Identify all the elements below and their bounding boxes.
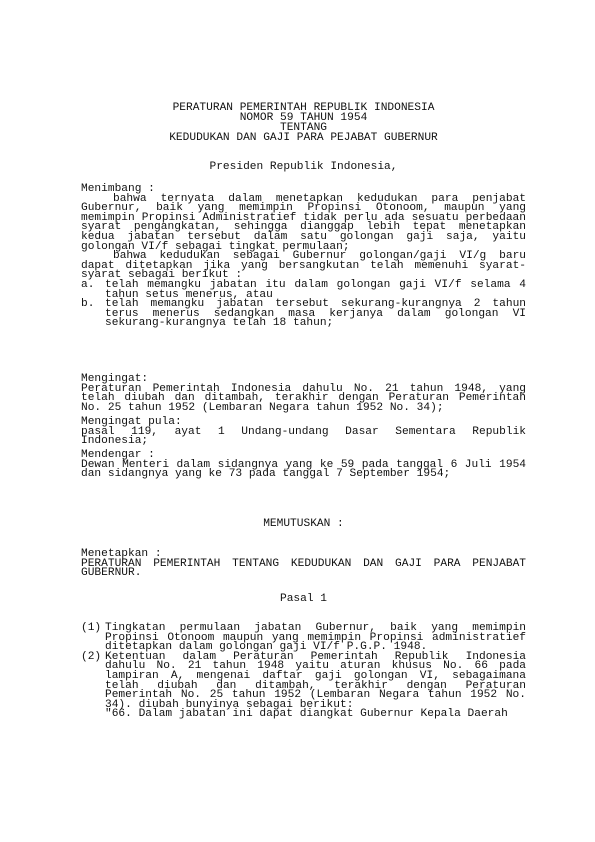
list-marker: b. bbox=[81, 300, 94, 310]
text-line: Indonesia; bbox=[81, 437, 526, 447]
title-line: KEDUDUKAN DAN GAJI PARA PEJABAT GUBERNUR bbox=[81, 133, 526, 143]
list-marker: (1) bbox=[81, 624, 101, 634]
president-line: Presiden Republik Indonesia, bbox=[81, 163, 526, 173]
pasal1-items: (1) Tingkatan permulaan jabatan Gubernur… bbox=[81, 624, 526, 720]
menimbang-section: Menimbang : bahwa ternyata dalam menetap… bbox=[81, 185, 526, 329]
document-page: PERATURAN PEMERINTAH REPUBLIK INDONESIA … bbox=[0, 0, 595, 842]
list-item: (2) Ketentuan dalam Peraturan Pemerintah… bbox=[81, 653, 526, 720]
text-line: sekurang-kurangnya telah 18 tahun; bbox=[105, 319, 526, 329]
text-line: PERATURAN PEMERINTAH TENTANG KEDUDUKAN D… bbox=[81, 560, 526, 570]
document-title: PERATURAN PEMERINTAH REPUBLIK INDONESIA … bbox=[81, 103, 526, 143]
mengingat-pula-section: Mengingat pula: pasal 119, ayat 1 Undang… bbox=[81, 418, 526, 447]
mendengar-section: Mendengar : Dewan Menteri dalam sidangny… bbox=[81, 451, 526, 480]
text-line: "66. Dalam jabatan ini dapat diangkat Gu… bbox=[105, 710, 526, 720]
text-line: dan sidangnya yang ke 73 pada tanggal 7 … bbox=[81, 470, 526, 480]
list-item: b. telah memangku jabatan tersebut sekur… bbox=[81, 300, 526, 329]
text-line: No. 25 tahun 1952 (Lembaran Negara tahun… bbox=[81, 404, 526, 414]
list-marker: a. bbox=[81, 281, 94, 291]
list-marker: (2) bbox=[81, 653, 101, 663]
list-item: (1) Tingkatan permulaan jabatan Gubernur… bbox=[81, 624, 526, 653]
pasal-heading: Pasal 1 bbox=[81, 595, 526, 605]
menetapkan-section: Menetapkan : PERATURAN PEMERINTAH TENTAN… bbox=[81, 550, 526, 579]
mengingat-section: Mengingat: Peraturan Pemerintah Indonesi… bbox=[81, 375, 526, 413]
text-line: GUBERNUR. bbox=[81, 569, 526, 579]
memutuskan-heading: MEMUTUSKAN : bbox=[81, 520, 526, 530]
